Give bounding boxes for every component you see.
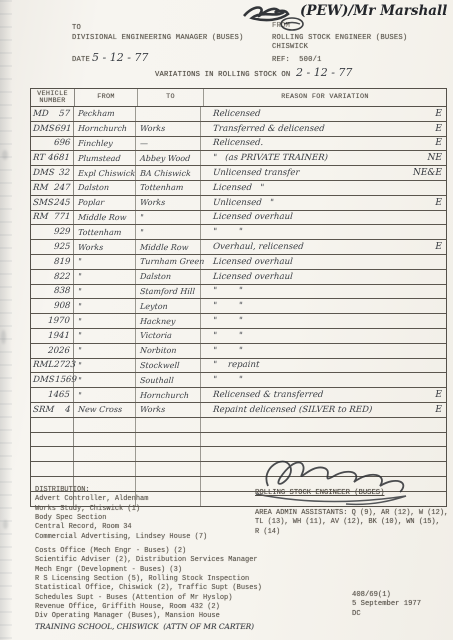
reason-value: " ": [213, 316, 443, 326]
cell-vehicle: [31, 462, 74, 476]
cell-to: Southall: [136, 373, 201, 387]
cell-reason: [201, 418, 446, 432]
cell-reason: Licensed ": [201, 181, 446, 195]
reason-value: " ": [213, 375, 443, 385]
from-value: Middle Row: [78, 213, 127, 222]
cell-vehicle: 822: [31, 270, 74, 284]
reason-value: Licensed overhaul: [213, 257, 443, 267]
cell-vehicle: 696: [31, 137, 74, 151]
header-vehicle-number: VEHICLENUMBER: [31, 89, 75, 106]
reference-block: 408/69(1) 5 September 1977 DC: [352, 591, 421, 619]
cell-reason: Relicensed & transferred E: [201, 388, 446, 402]
cell-from: Peckham: [74, 107, 136, 121]
reason-value: Overhaul, relicensed: [213, 242, 436, 252]
licence-code: E: [435, 138, 442, 148]
to-value: DIVISIONAL ENGINEERING MANAGER (BUSES): [72, 34, 244, 42]
reason-value: Unlicensed ": [213, 198, 436, 208]
scan-smudge: [2, 150, 8, 160]
table-row: MD 57 Peckham Relicensed E: [31, 107, 446, 122]
licence-code: E: [435, 109, 442, 119]
from-value: Plumstead: [78, 154, 121, 163]
scan-edge-artifact: [0, 0, 12, 640]
cell-to: Tottenham: [136, 181, 201, 195]
table-row: SMS 245 Poplar Works Unlicensed " E: [31, 196, 446, 211]
cell-to: ": [136, 225, 201, 239]
header-to: TO: [138, 89, 204, 106]
to-value: Victoria: [140, 331, 172, 340]
cell-from: ": [74, 285, 136, 299]
to-value: Southall: [140, 376, 174, 385]
to-value: Tottenham: [140, 183, 184, 192]
from-value: ": [78, 331, 82, 340]
cell-vehicle: 1970: [31, 314, 74, 328]
vehicle-number: 929: [53, 227, 70, 237]
cell-reason: Relicensed E: [201, 107, 446, 121]
table-row: RT 4681 Plumstead Abbey Wood " (as PRIVA…: [31, 151, 446, 166]
admin-line: TL (13), WH (11), AV (12), BK (10), WN (…: [255, 518, 448, 527]
distribution-item: Costs Office (Mech Engr - Buses) (2): [35, 547, 262, 556]
table-row: SRM 4 New Cross Works Repaint delicensed…: [31, 403, 446, 418]
from-value-line2: CHISWICK: [272, 43, 308, 51]
cell-vehicle: 929: [31, 225, 74, 239]
signature-label: ROLLING STOCK ENGINEER (BUSES): [255, 489, 384, 497]
licence-code: E: [435, 124, 442, 134]
to-value: Stockwell: [140, 361, 180, 370]
to-value: Turnham Green: [140, 257, 205, 266]
table-row: DMS 32 Expl Chiswick BA Chiswick Unlicen…: [31, 166, 446, 181]
cell-reason: " ": [201, 299, 446, 313]
training-school-handwritten: TRAINING SCHOOL, CHISWICK (ATTN OF MR CA…: [35, 622, 262, 631]
cell-from: New Cross: [74, 403, 136, 417]
vehicle-number: 771: [53, 212, 70, 222]
vehicle-number: 925: [53, 242, 70, 252]
cell-to: Norbiton: [136, 344, 201, 358]
reason-value: Relicensed & transferred: [213, 390, 436, 400]
distribution-item: Works Study, Chiswick (1): [35, 505, 262, 514]
cell-from: ": [74, 270, 136, 284]
cell-to: ": [136, 211, 201, 225]
cell-to: Turnham Green: [136, 255, 201, 269]
cell-to: [136, 433, 201, 447]
cell-to: [136, 418, 201, 432]
reason-value: " repaint: [213, 360, 443, 370]
cell-vehicle: 819: [31, 255, 74, 269]
vehicle-number: 4: [64, 405, 70, 415]
from-value: Works: [78, 243, 104, 252]
cell-to: Middle Row: [136, 240, 201, 254]
header-from: FROM: [75, 89, 138, 106]
to-value: BA Chiswick: [140, 169, 192, 178]
vehicle-number: 4681: [48, 153, 71, 163]
table-row: 2026 " Norbiton " ": [31, 344, 446, 359]
table-rows: MD 57 Peckham Relicensed E DMS 691 Hornc…: [31, 107, 446, 506]
from-value: ": [78, 376, 82, 385]
cell-vehicle: 908: [31, 299, 74, 313]
cell-to: Abbey Wood: [136, 151, 201, 165]
date-label: DATE: [72, 56, 90, 64]
from-value: Expl Chiswick: [78, 169, 136, 178]
cell-vehicle: DMS 1569: [31, 373, 74, 387]
reason-value: Relicensed.: [213, 138, 436, 148]
reason-value: " (as PRIVATE TRAINER): [213, 153, 428, 163]
distribution-item: Mech Engr (Development - Buses) (3): [35, 566, 262, 575]
cell-reason: Licensed overhaul: [201, 270, 446, 284]
table-row: 1941 " Victoria " ": [31, 329, 446, 344]
cell-vehicle: SMS 245: [31, 196, 74, 210]
vehicle-number: 2723: [54, 360, 77, 370]
cell-to: [136, 107, 201, 121]
to-label: TO: [72, 24, 81, 32]
licence-code: NE&E: [413, 168, 442, 178]
table-row: 929 Tottenham " " ": [31, 225, 446, 240]
distribution-item: Advert Controller, Aldenham: [35, 495, 262, 504]
distribution-item: Schedules Supt - Buses (Attention of Mr …: [35, 594, 262, 603]
table-row: 908 " Leyton " ": [31, 299, 446, 314]
cell-from: Plumstead: [74, 151, 136, 165]
vehicle-number: 57: [59, 109, 71, 119]
cell-reason: Repaint delicensed (SILVER to RED) E: [201, 403, 446, 417]
cell-reason: " ": [201, 314, 446, 328]
vehicle-prefix: DMS: [33, 124, 55, 134]
cell-to: Works: [136, 196, 201, 210]
reason-value: " ": [213, 346, 443, 356]
cell-to: Works: [136, 122, 201, 136]
cell-from: ": [74, 359, 136, 373]
vehicle-number: 32: [59, 168, 71, 178]
to-value: Stamford Hill: [140, 287, 196, 296]
signature-scrawl: [250, 448, 430, 508]
cell-vehicle: RM 771: [31, 211, 74, 225]
to-value: Hornchurch: [140, 391, 190, 400]
cell-reason: " repaint: [201, 359, 446, 373]
distribution-item: Statistical Office, Chiswick (2), Traffi…: [35, 584, 262, 593]
to-value: Works: [140, 198, 166, 207]
cell-vehicle: 1465: [31, 388, 74, 402]
to-value: ": [140, 228, 144, 237]
admin-line: R (14): [255, 528, 448, 537]
from-value: ": [78, 272, 82, 281]
scan-smudge: [3, 520, 8, 529]
table-row: [31, 433, 446, 448]
reason-value: Repaint delicensed (SILVER to RED): [213, 405, 436, 415]
licence-code: E: [435, 390, 442, 400]
cell-from: ": [74, 314, 136, 328]
vehicle-number: 2026: [48, 346, 71, 356]
vehicle-prefix: SRM: [33, 405, 55, 415]
distribution-item: Commercial Advertising, Lindsey House (7…: [35, 533, 262, 542]
vehicle-prefix: RM: [33, 183, 49, 193]
title-date-handwritten: 2 - 12 - 77: [296, 66, 352, 79]
table-row: 838 " Stamford Hill " ": [31, 285, 446, 300]
cell-to: Hackney: [136, 314, 201, 328]
reason-value: Unlicensed transfer: [213, 168, 414, 178]
cell-to: Stamford Hill: [136, 285, 201, 299]
cell-vehicle: RML 2723: [31, 359, 74, 373]
cell-to: Dalston: [136, 270, 201, 284]
to-value: Works: [140, 124, 166, 133]
cell-reason: Transferred & delicensed E: [201, 122, 446, 136]
cell-to: —: [136, 137, 201, 151]
cell-to: [136, 447, 201, 461]
cell-from: ": [74, 373, 136, 387]
cell-from: ": [74, 255, 136, 269]
page-title: VARIATIONS IN ROLLING STOCK ON: [155, 71, 290, 79]
cell-vehicle: 925: [31, 240, 74, 254]
table-row: [31, 418, 446, 433]
cell-reason: [201, 433, 446, 447]
cell-from: ": [74, 299, 136, 313]
from-value: ": [78, 391, 82, 400]
to-value: ": [140, 213, 144, 222]
reason-value: Licensed ": [213, 183, 443, 193]
date-handwritten: 5 - 12 - 77: [92, 51, 148, 64]
cell-from: Tottenham: [74, 225, 136, 239]
table-row: 925 Works Middle Row Overhaul, relicense…: [31, 240, 446, 255]
table-header-row: VEHICLENUMBER FROM TO REASON FOR VARIATI…: [31, 89, 446, 107]
scan-smudge: [1, 330, 6, 344]
table-row: RM 247 Dalston Tottenham Licensed ": [31, 181, 446, 196]
cell-vehicle: MD 57: [31, 107, 74, 121]
table-row: RML 2723 " Stockwell " repaint: [31, 359, 446, 374]
vehicle-number: 838: [53, 286, 70, 296]
cell-reason: " ": [201, 285, 446, 299]
from-value: Tottenham: [78, 228, 122, 237]
to-value: Norbiton: [140, 346, 177, 355]
cell-reason: Relicensed. E: [201, 137, 446, 151]
cell-to: Works: [136, 403, 201, 417]
table-row: 1465 " Hornchurch Relicensed & transferr…: [31, 388, 446, 403]
table-row: 696 Finchley — Relicensed. E: [31, 137, 446, 152]
cell-reason: " ": [201, 329, 446, 343]
annotation-handwritten: (PEW)/Mr Marshall: [300, 3, 447, 19]
cell-reason: Overhaul, relicensed E: [201, 240, 446, 254]
vehicle-prefix: MD: [33, 109, 49, 119]
cell-reason: " ": [201, 344, 446, 358]
cell-from: [74, 418, 136, 432]
vehicle-prefix: RML: [33, 360, 55, 370]
cell-to: Victoria: [136, 329, 201, 343]
vehicle-number: 245: [53, 198, 70, 208]
cell-from: ": [74, 329, 136, 343]
vehicle-prefix: DMS: [33, 168, 55, 178]
cell-from: [74, 462, 136, 476]
from-value: Poplar: [78, 198, 105, 207]
cell-from: Expl Chiswick: [74, 166, 136, 180]
vehicle-number: 696: [53, 138, 70, 148]
cell-vehicle: [31, 447, 74, 461]
vehicle-prefix: SMS: [33, 198, 54, 208]
vehicle-number: 1465: [48, 390, 71, 400]
licence-code: E: [435, 405, 442, 415]
distribution-item: Body Spec Section: [35, 514, 262, 523]
cell-from: Dalston: [74, 181, 136, 195]
from-value-line1: ROLLING STOCK ENGINEER (BUSES): [272, 34, 407, 42]
cell-from: [74, 447, 136, 461]
variations-table: VEHICLENUMBER FROM TO REASON FOR VARIATI…: [30, 88, 447, 507]
cell-vehicle: RT 4681: [31, 151, 74, 165]
distribution-title: DISTRIBUTION:: [35, 486, 262, 495]
licence-code: E: [435, 242, 442, 252]
cell-reason: " (as PRIVATE TRAINER) NE: [201, 151, 446, 165]
reason-value: Licensed overhaul: [213, 272, 443, 282]
cell-reason: Unlicensed " E: [201, 196, 446, 210]
cell-from: Finchley: [74, 137, 136, 151]
reference-initials: DC: [352, 610, 421, 619]
cell-vehicle: RM 247: [31, 181, 74, 195]
distribution-item: Div Operating Manager (Buses), Mansion H…: [35, 612, 262, 621]
scanned-document-page: TO DIVISIONAL ENGINEERING MANAGER (BUSES…: [0, 0, 453, 640]
licence-code: E: [435, 198, 442, 208]
distribution-item: Scientific Adviser (2), Distribution Ser…: [35, 556, 262, 565]
reference-date: 5 September 1977: [352, 600, 421, 609]
cell-to: Stockwell: [136, 359, 201, 373]
reason-value: " ": [213, 301, 443, 311]
from-value: ": [78, 361, 82, 370]
vehicle-number: 247: [53, 183, 70, 193]
table-row: RM 771 Middle Row " Licensed overhaul: [31, 211, 446, 226]
cell-vehicle: 838: [31, 285, 74, 299]
vehicle-prefix: RM: [33, 212, 49, 222]
cell-vehicle: DMS 691: [31, 122, 74, 136]
cell-vehicle: 1941: [31, 329, 74, 343]
cell-reason: " ": [201, 225, 446, 239]
cell-reason: Licensed overhaul: [201, 255, 446, 269]
from-value: ": [78, 287, 82, 296]
cell-from: Hornchurch: [74, 122, 136, 136]
to-value: Hackney: [140, 317, 176, 326]
cell-vehicle: DMS 32: [31, 166, 74, 180]
cell-to: [136, 462, 201, 476]
reason-value: Relicensed: [213, 109, 436, 119]
from-value: Dalston: [78, 183, 110, 192]
to-value: Works: [140, 405, 166, 414]
reason-value: " ": [213, 227, 443, 237]
admin-line: AREA ADMIN ASSISTANTS: Q (9), AR (12), W…: [255, 509, 448, 518]
reason-value: Transferred & delicensed: [213, 124, 436, 134]
vehicle-prefix: DMS: [33, 375, 55, 385]
table-row: 822 " Dalston Licensed overhaul: [31, 270, 446, 285]
cell-from: [74, 433, 136, 447]
table-row: DMS 691 Hornchurch Works Transferred & d…: [31, 122, 446, 137]
table-row: 819 " Turnham Green Licensed overhaul: [31, 255, 446, 270]
vehicle-number: 822: [53, 272, 70, 282]
from-value: ": [78, 302, 82, 311]
cell-to: BA Chiswick: [136, 166, 201, 180]
distribution-section: DISTRIBUTION: Advert Controller, Aldenha…: [35, 486, 262, 631]
distribution-item: Central Record, Room 34: [35, 523, 262, 532]
cell-from: Middle Row: [74, 211, 136, 225]
distribution-list: Advert Controller, AldenhamWorks Study, …: [35, 495, 262, 621]
from-value: Peckham: [78, 109, 115, 118]
from-value: ": [78, 257, 82, 266]
reason-value: Licensed overhaul: [213, 212, 443, 222]
table-row: DMS 1569 " Southall " ": [31, 373, 446, 388]
vehicle-number: 1569: [54, 375, 77, 385]
cell-to: Hornchurch: [136, 388, 201, 402]
to-value: —: [140, 139, 149, 148]
cell-from: ": [74, 344, 136, 358]
cell-from: ": [74, 388, 136, 402]
from-value: ": [78, 317, 82, 326]
reason-value: " ": [213, 331, 443, 341]
cell-vehicle: SRM 4: [31, 403, 74, 417]
cell-reason: Licensed overhaul: [201, 211, 446, 225]
vehicle-prefix: RT: [33, 153, 46, 163]
cell-to: Leyton: [136, 299, 201, 313]
to-value: Abbey Wood: [140, 154, 191, 163]
from-value: Hornchurch: [78, 124, 128, 133]
cell-reason: " ": [201, 373, 446, 387]
to-value: Leyton: [140, 302, 168, 311]
table-row: 1970 " Hackney " ": [31, 314, 446, 329]
vehicle-number: 1970: [48, 316, 71, 326]
from-value: ": [78, 346, 82, 355]
cell-vehicle: [31, 433, 74, 447]
header-reason: REASON FOR VARIATION: [204, 89, 446, 106]
to-value: Middle Row: [140, 243, 189, 252]
to-value: Dalston: [140, 272, 172, 281]
cell-reason: Unlicensed transfer NE&E: [201, 166, 446, 180]
from-value: Finchley: [78, 139, 113, 148]
cell-vehicle: 2026: [31, 344, 74, 358]
ref-label: REF: 500/1: [272, 56, 322, 64]
area-admin-assistants: AREA ADMIN ASSISTANTS: Q (9), AR (12), W…: [255, 509, 448, 537]
cell-from: Poplar: [74, 196, 136, 210]
from-value: New Cross: [78, 405, 123, 414]
vehicle-number: 908: [53, 301, 70, 311]
cell-vehicle: [31, 418, 74, 432]
vehicle-number: 819: [53, 257, 70, 267]
licence-code: NE: [428, 153, 442, 163]
reference-number: 408/69(1): [352, 591, 421, 600]
vehicle-number: 691: [54, 124, 71, 134]
cell-from: Works: [74, 240, 136, 254]
vehicle-number: 1941: [48, 331, 71, 341]
reason-value: " ": [213, 286, 443, 296]
